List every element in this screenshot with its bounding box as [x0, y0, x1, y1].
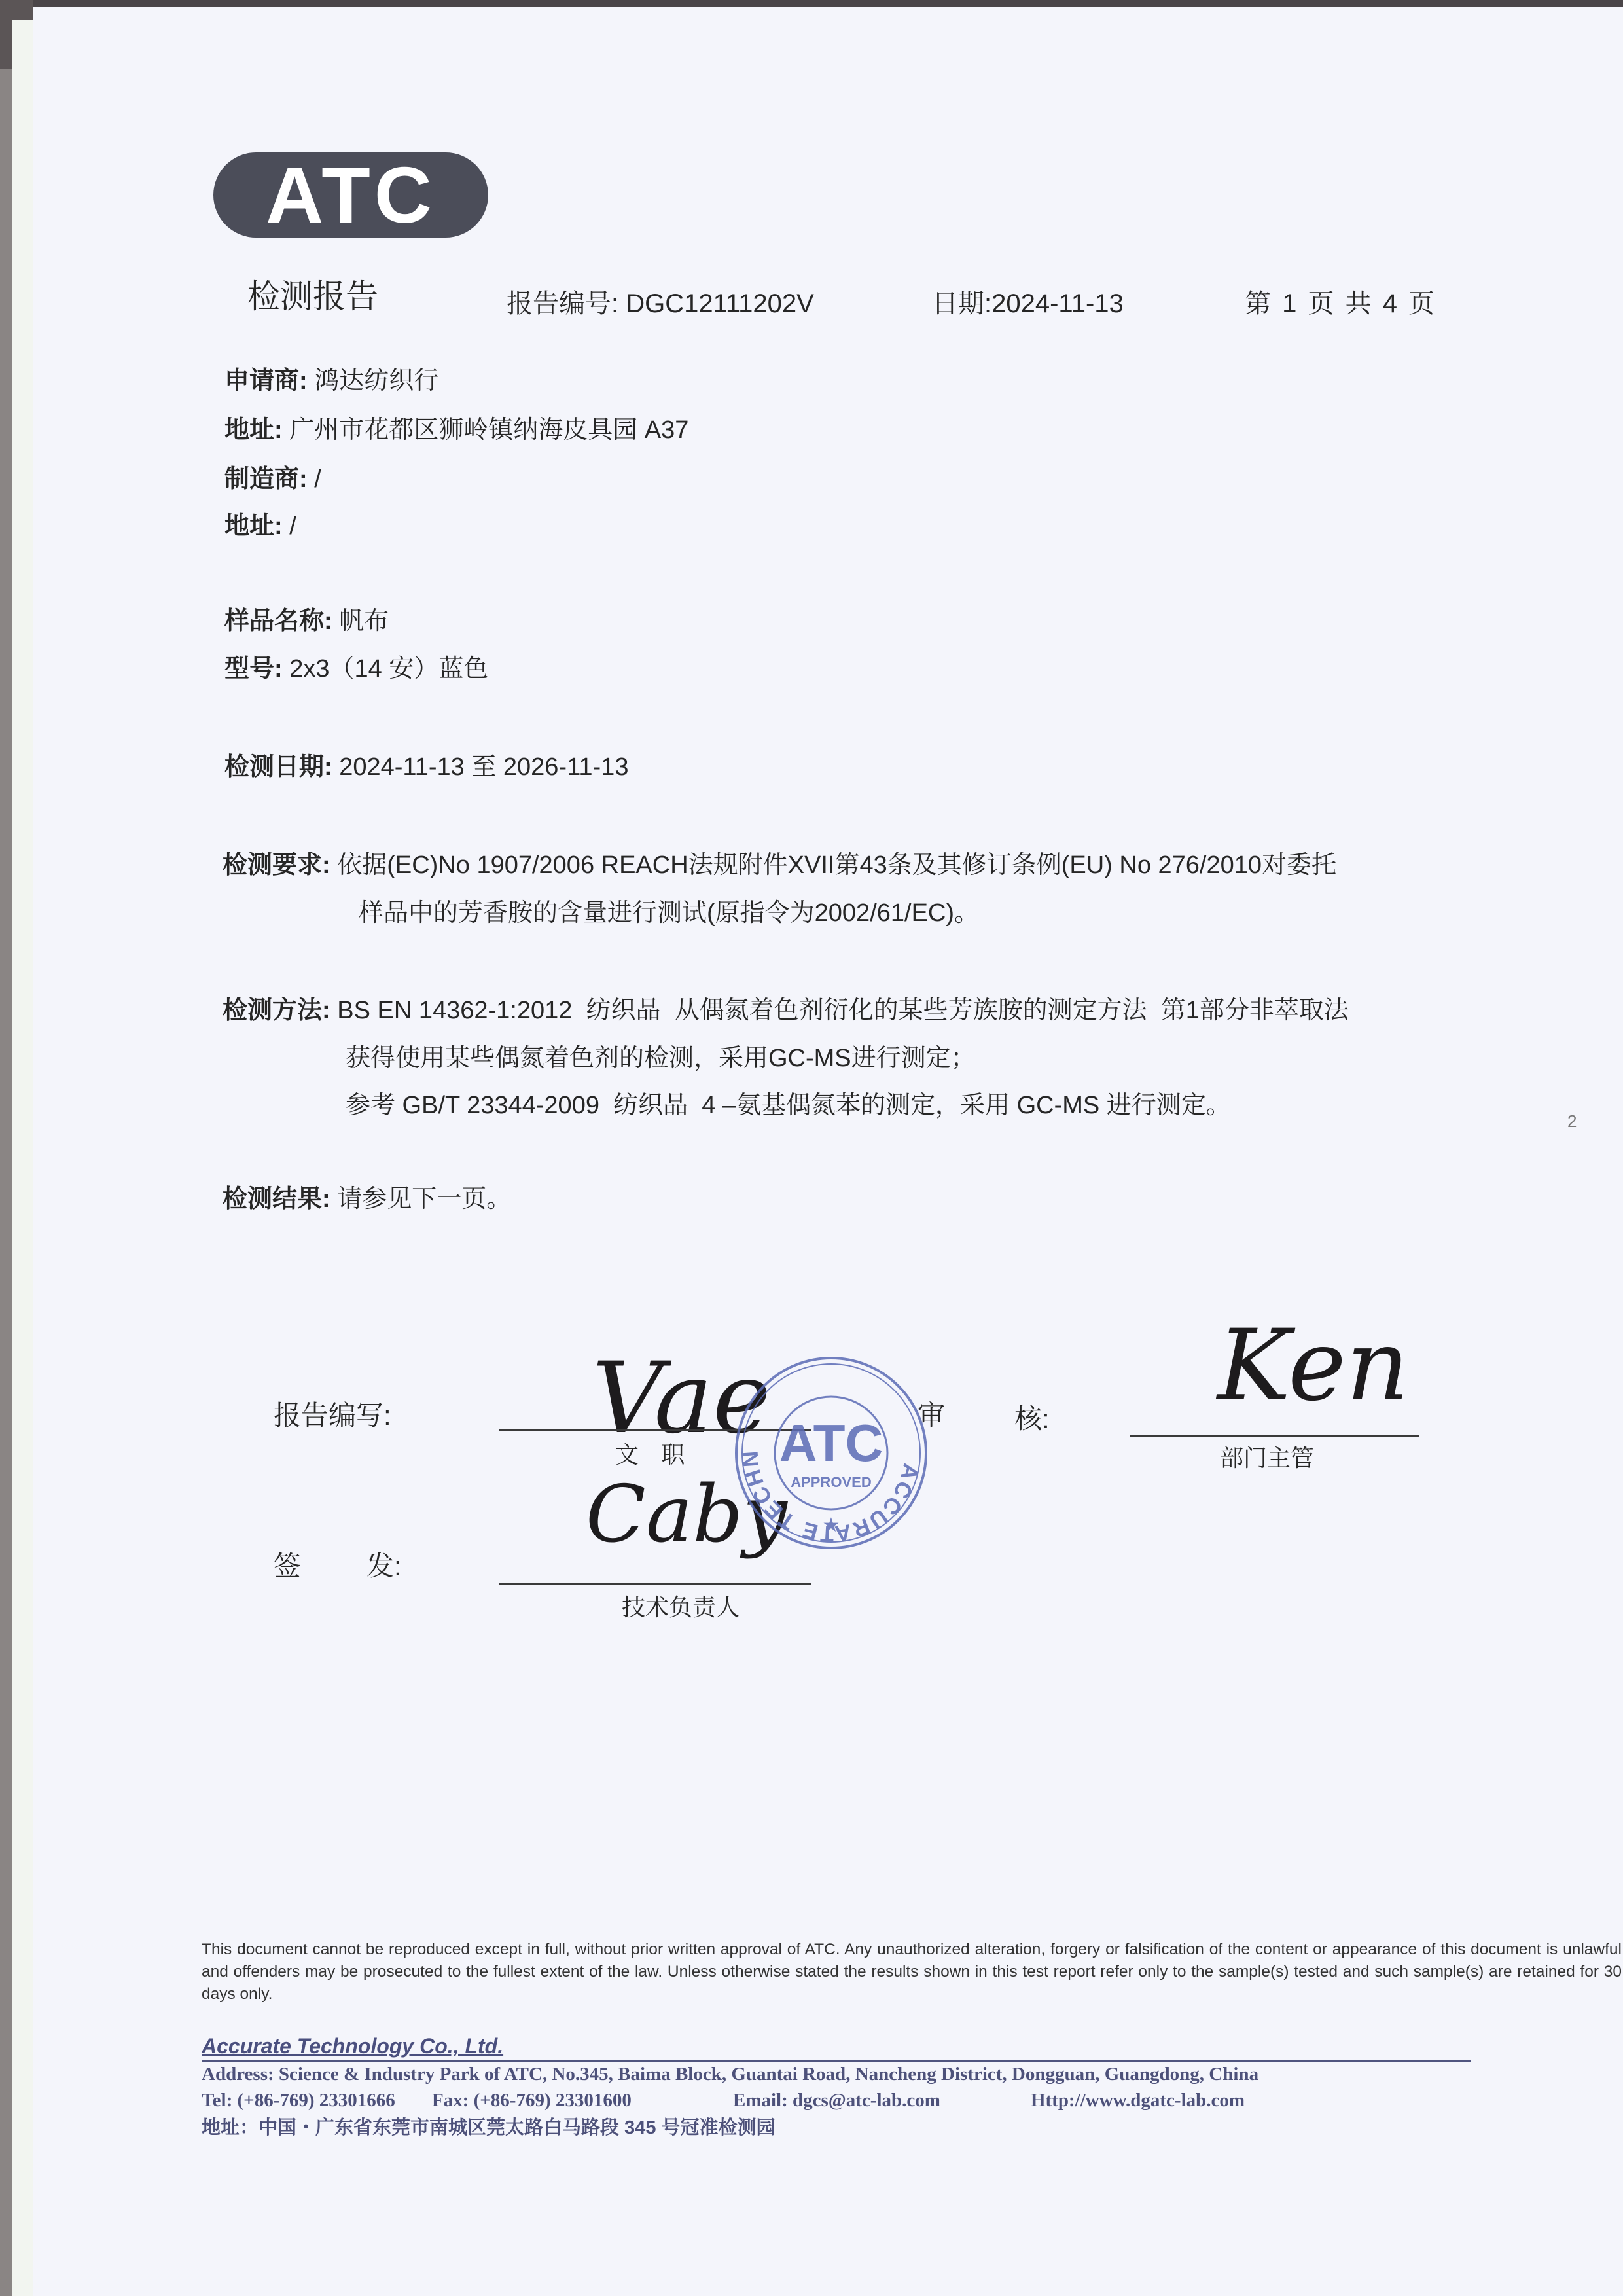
- review-title: 部门主管: [1220, 1440, 1314, 1473]
- company-name: Accurate Technology Co., Ltd.: [202, 2034, 503, 2058]
- company-email[interactable]: Email: dgcs@atc-lab.com: [733, 2090, 940, 2111]
- manufacturer-address-value: /: [289, 512, 296, 540]
- company-stamp: ACCURATE TECHNOLOGY CO.,LTD ATC APPROVED…: [733, 1355, 929, 1551]
- result-label: 检测结果:: [223, 1185, 330, 1213]
- result-value: 请参见下一页。: [337, 1185, 511, 1213]
- applicant-value: 鸿达纺织行: [314, 367, 438, 395]
- applicant-address-row: 地址: 广州市花都区狮岭镇纳海皮具园 A37: [224, 409, 688, 445]
- scan-border-left: [0, 0, 12, 2296]
- margin-mark: 2: [1567, 1111, 1577, 1132]
- issue-label-part-1: 签: [274, 1545, 301, 1584]
- prepared-by-label: 报告编写:: [274, 1394, 391, 1433]
- company-fax: Fax: (+86-769) 23301600: [432, 2090, 632, 2111]
- manufacturer-address-row: 地址: /: [224, 505, 296, 541]
- company-address-cn: 地址：中国・广东省东莞市南城区莞太路白马路段 345 号冠准检测园: [202, 2113, 776, 2140]
- report-date: 日期:2024-11-13: [932, 283, 1124, 320]
- sample-model-row: 型号: 2x3（14 安）蓝色: [224, 648, 488, 684]
- review-signature-line: [1130, 1435, 1419, 1437]
- issue-signature-line: [499, 1583, 811, 1585]
- report-date-value: 2024-11-13: [991, 289, 1124, 318]
- issue-title: 技术负责人: [622, 1589, 740, 1623]
- issue-label-part-2: 发:: [366, 1545, 402, 1584]
- applicant-address-value: 广州市花都区狮岭镇纳海皮具园 A37: [289, 416, 688, 444]
- requirement-line-2: 样品中的芳香胺的含量进行测试(原指令为2002/61/EC)。: [359, 892, 979, 928]
- manufacturer-address-label: 地址:: [224, 512, 283, 540]
- sample-name-value: 帆布: [339, 607, 389, 635]
- test-date-label: 检测日期:: [224, 753, 332, 781]
- applicant-row: 申请商: 鸿达纺织行: [224, 360, 438, 396]
- result-row: 检测结果: 请参见下一页。: [223, 1178, 511, 1214]
- review-signature: Ken: [1217, 1309, 1409, 1423]
- company-address: Address: Science & Industry Park of ATC,…: [202, 2064, 1258, 2085]
- company-tel: Tel: (+86-769) 23301666: [202, 2090, 395, 2111]
- prepared-title: 文 职: [615, 1437, 685, 1470]
- method-line-1: BS EN 14362-1:2012 纺织品 从偶氮着色剂衍化的某些芳族胺的测定…: [337, 997, 1349, 1024]
- report-number-label: 报告编号:: [507, 289, 618, 318]
- stamp-approved-text: APPROVED: [791, 1474, 871, 1490]
- stamp-star-icon: ★: [823, 1515, 840, 1536]
- manufacturer-label: 制造商:: [224, 465, 308, 493]
- report-date-label: 日期:: [932, 289, 991, 318]
- test-date-value: 2024-11-13 至 2026-11-13: [339, 753, 628, 781]
- method-line-3: 参考 GB/T 23344-2009 纺织品 4 –氨基偶氮苯的测定，采用 GC…: [346, 1085, 1231, 1121]
- method-label: 检测方法:: [223, 997, 330, 1024]
- requirement-line-1: 依据(EC)No 1907/2006 REACH法规附件XVII第43条及其修订…: [337, 852, 1336, 879]
- sample-name-row: 样品名称: 帆布: [224, 600, 389, 636]
- atc-logo: ATC: [213, 152, 488, 238]
- report-number: 报告编号: DGC12111202V: [507, 283, 814, 320]
- footer-rule: [202, 2060, 1471, 2062]
- method-line-2: 获得使用某些偶氮着色剂的检测，采用GC-MS进行测定；: [346, 1037, 976, 1073]
- sample-model-value: 2x3（14 安）蓝色: [289, 655, 488, 683]
- sample-model-label: 型号:: [224, 655, 283, 683]
- applicant-label: 申请商:: [224, 367, 308, 395]
- logo-text: ATC: [266, 155, 436, 235]
- method-row: 检测方法: BS EN 14362-1:2012 纺织品 从偶氮着色剂衍化的某些…: [223, 990, 1349, 1026]
- requirement-label: 检测要求:: [223, 852, 330, 879]
- review-label-part-2: 核:: [1014, 1397, 1050, 1437]
- document-title: 检测报告: [247, 270, 378, 317]
- sample-name-label: 样品名称:: [224, 607, 332, 635]
- manufacturer-value: /: [314, 465, 321, 493]
- page-indicator: 第 1 页 共 4 页: [1245, 283, 1435, 320]
- scan-border-strip: [12, 20, 33, 2296]
- applicant-address-label: 地址:: [224, 416, 283, 444]
- stamp-center-text: ATC: [779, 1414, 883, 1472]
- report-number-value: DGC12111202V: [626, 289, 814, 318]
- company-website[interactable]: Http://www.dgatc-lab.com: [1031, 2090, 1245, 2111]
- requirement-row: 检测要求: 依据(EC)No 1907/2006 REACH法规附件XVII第4…: [223, 844, 1336, 880]
- legal-disclaimer: This document cannot be reproduced excep…: [202, 1939, 1622, 2005]
- scan-border-top: [0, 0, 1623, 7]
- test-date-row: 检测日期: 2024-11-13 至 2026-11-13: [224, 746, 628, 782]
- manufacturer-row: 制造商: /: [224, 458, 321, 494]
